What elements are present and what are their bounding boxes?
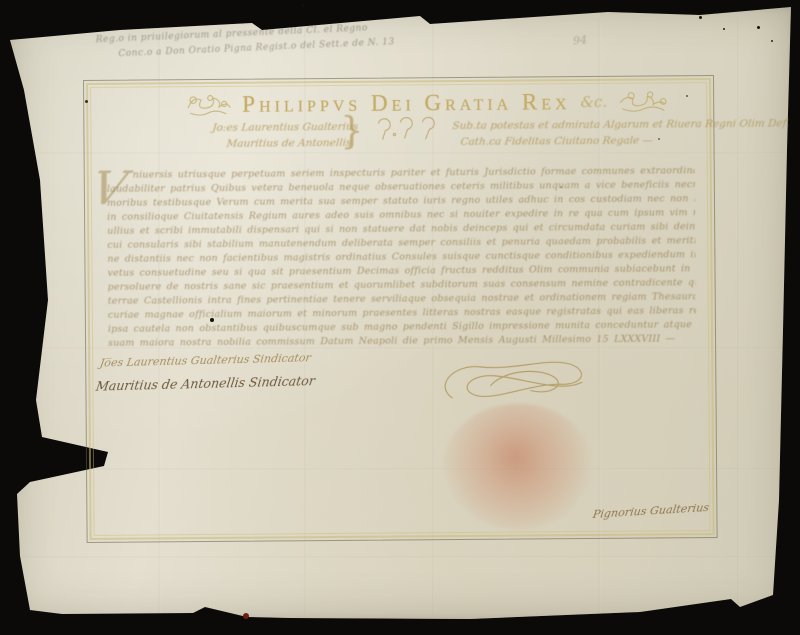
officials-names-block: Jo:es Laurentius Gualterius Mauritius de… [212,119,358,152]
archival-pencil-note: Reg.o in priuilegiorum al pressente dell… [96,19,427,63]
brace-glyph: } [340,110,363,153]
document-title: Philippvs Dei Gratia Rex [242,89,571,118]
wax-seal-impression [443,403,594,530]
royal-titles-block: Sub.ta potestas et admirata Algarum et R… [452,115,789,150]
ruled-border-frame: Philippvs Dei Gratia Rex &c. Jo:es Laure… [83,75,718,543]
faint-ink-mark: 94 [573,34,588,48]
official-name: Jo:es Laurentius Gualterius [212,119,359,136]
fold-crease-vertical [737,18,740,614]
notarial-paraph-flourish-icon [430,351,592,410]
charter-body-text: niuersis utriusque perpetuam seriem insp… [107,164,696,351]
official-name: Mauritius de Antonellis [226,135,359,152]
ink-speck [302,4,304,7]
fold-crease-horizontal [22,556,786,559]
royal-title-line: Cath.ca Fidelitas Ciuitano Regale — [460,131,791,150]
floral-flourish-left-icon [184,92,232,118]
photograph-backdrop: Reg.o in priuilegiorum al pressente dell… [0,0,800,635]
floral-flourish-right-icon [617,88,669,114]
title-etc-suffix: &c. [581,93,608,111]
calligraphic-knot-icon [370,114,448,143]
